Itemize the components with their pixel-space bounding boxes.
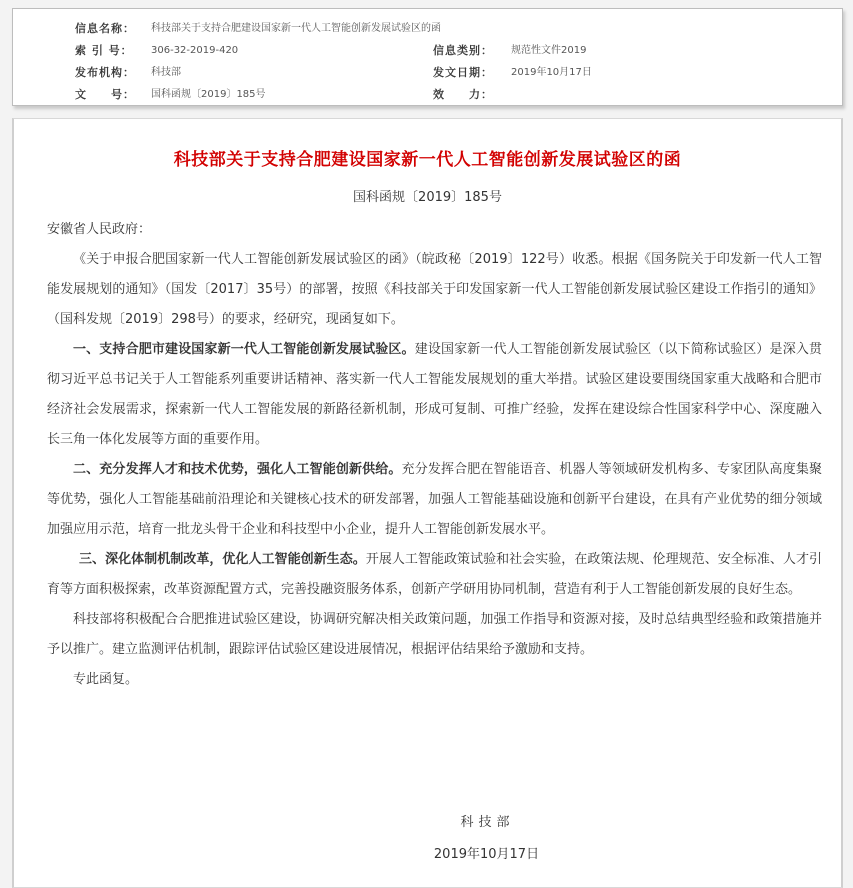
paragraph-text: 建设国家新一代人工智能创新发展试验区（以下简称试验区）是深入贯彻习近平总书记关于… (47, 342, 822, 447)
info-metadata-panel: 信息名称： 科技部关于支持合肥建设国家新一代人工智能创新发展试验区的函 索 引 … (12, 8, 843, 106)
info-category-label: 信息类别： (433, 41, 493, 61)
paragraph-intro: 《关于申报合肥国家新一代人工智能创新发展试验区的函》（皖政秘〔2019〕122号… (47, 245, 822, 335)
info-row-index: 索 引 号： 306-32-2019-420 信息类别： 规范性文件2019 (13, 41, 842, 61)
paragraph-support: 科技部将积极配合合肥推进试验区建设，协调研究解决相关政策问题，加强工作指导和资源… (47, 605, 822, 665)
issue-date-value: 2019年10月17日 (511, 63, 592, 83)
info-row-name: 信息名称： 科技部关于支持合肥建设国家新一代人工智能创新发展试验区的函 (13, 19, 842, 39)
paragraph-heading: 三、深化体制机制改革，优化人工智能创新生态。 (79, 552, 366, 567)
document-content: 科技部关于支持合肥建设国家新一代人工智能创新发展试验区的函 国科函规〔2019〕… (12, 118, 843, 871)
doc-number-label: 文 号： (75, 85, 135, 105)
publisher-value: 科技部 (151, 63, 181, 83)
info-name-value: 科技部关于支持合肥建设国家新一代人工智能创新发展试验区的函 (151, 19, 441, 39)
info-row-publisher: 发布机构： 科技部 发文日期： 2019年10月17日 (13, 63, 842, 83)
document-number: 国科函规〔2019〕185号 (14, 186, 841, 205)
index-number-label: 索 引 号： (75, 41, 133, 61)
paragraph-heading: 一、支持合肥市建设国家新一代人工智能创新发展试验区。 (73, 342, 415, 357)
publisher-label: 发布机构： (75, 63, 135, 83)
paragraph-heading: 二、充分发挥人才和技术优势，强化人工智能创新供给。 (73, 462, 402, 477)
info-name-label: 信息名称： (75, 19, 135, 39)
validity-label: 效 力： (433, 85, 493, 105)
document-title: 科技部关于支持合肥建设国家新一代人工智能创新发展试验区的函 (14, 145, 841, 170)
paragraph-item-2: 二、充分发挥人才和技术优势，强化人工智能创新供给。充分发挥合肥在智能语音、机器人… (47, 455, 822, 545)
signature-date: 2019年10月17日 (14, 843, 841, 862)
paragraph-text: 科技部将积极配合合肥推进试验区建设，协调研究解决相关政策问题，加强工作指导和资源… (47, 612, 822, 657)
info-category-value: 规范性文件2019 (511, 41, 586, 61)
paragraph-item-1: 一、支持合肥市建设国家新一代人工智能创新发展试验区。建设国家新一代人工智能创新发… (47, 335, 822, 455)
info-row-docnum: 文 号： 国科函规〔2019〕185号 效 力： (13, 85, 842, 105)
paragraph-item-3: 三、深化体制机制改革，优化人工智能创新生态。开展人工智能政策试验和社会实验，在政… (47, 545, 822, 605)
paragraph-text: 《关于申报合肥国家新一代人工智能创新发展试验区的函》（皖政秘〔2019〕122号… (47, 252, 822, 327)
issue-date-label: 发文日期： (433, 63, 493, 83)
doc-number-value: 国科函规〔2019〕185号 (151, 85, 266, 105)
signature-organization: 科技部 (14, 811, 841, 830)
paragraph-text: 专此函复。 (73, 672, 138, 687)
document-body: 安徽省人民政府： 《关于申报合肥国家新一代人工智能创新发展试验区的函》（皖政秘〔… (47, 215, 822, 695)
index-number-value: 306-32-2019-420 (151, 41, 238, 61)
salutation: 安徽省人民政府： (47, 215, 822, 245)
paragraph-closing: 专此函复。 (47, 665, 822, 695)
